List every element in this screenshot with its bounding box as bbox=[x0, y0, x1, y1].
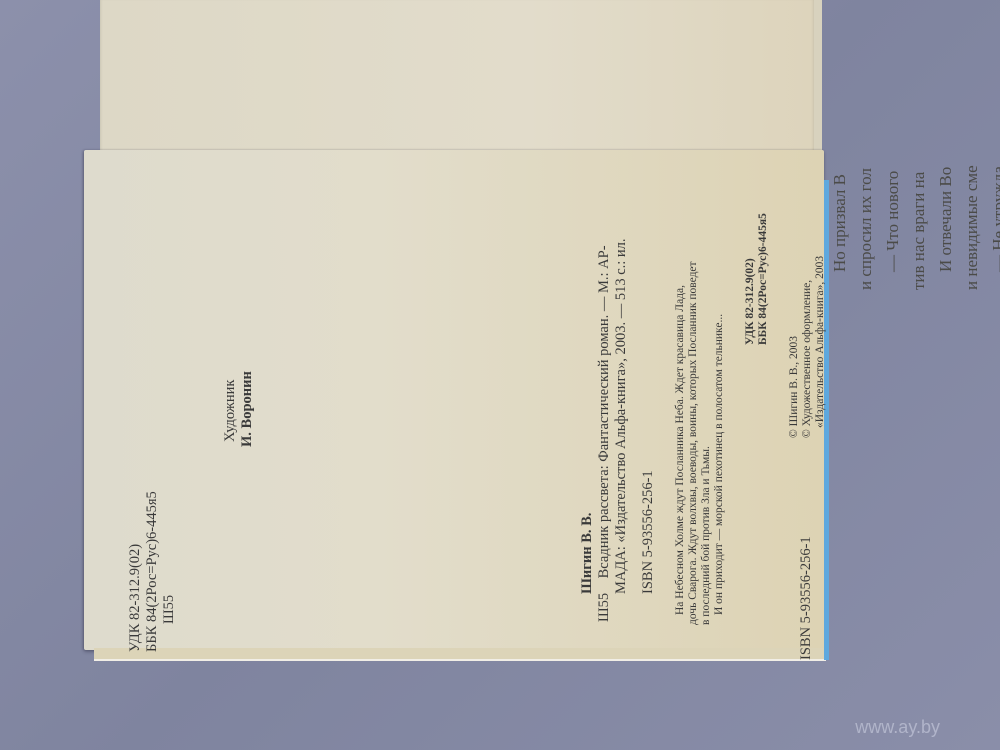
annotation-line: На Небесном Холме ждут Посланника Неба. … bbox=[674, 261, 687, 625]
bibliographic-record: Шигин В. В. Ш55 Всадник рассвета: Фантас… bbox=[579, 238, 657, 622]
artist-name: И. Воронин bbox=[239, 371, 256, 447]
annotation-line: дочь Сварога. Ждут волхвы, воеводы, воин… bbox=[687, 261, 700, 625]
isbn: ISBN 5-93556-256-1 bbox=[640, 238, 657, 622]
text-line: И отвечали Во bbox=[933, 0, 960, 290]
text-line: и невидимые сме bbox=[959, 0, 986, 290]
text-line: Но призвал В bbox=[827, 0, 854, 290]
author-mark: Ш55 bbox=[596, 593, 612, 622]
artist-label: Художник bbox=[222, 371, 239, 447]
text-line: — Не утружда bbox=[986, 0, 1000, 290]
annotation-line: в последний бой против Зла и Тьмы. bbox=[700, 261, 713, 625]
bbk-code-bold: ББК 84(2Рос=Рус)6-445я5 bbox=[757, 213, 770, 345]
isbn-bottom: ISBN 5-93556-256-1 bbox=[798, 536, 815, 660]
text-line: тив нас враги на bbox=[906, 0, 933, 290]
annotation: На Небесном Холме ждут Посланника Неба. … bbox=[674, 261, 726, 625]
watermark: www.ay.by bbox=[855, 717, 940, 738]
classification-bold: УДК 82-312.9(02) ББК 84(2Рос=Рус)6-445я5 bbox=[744, 213, 770, 345]
author-heading: Шигин В. В. bbox=[579, 238, 596, 622]
author-mark: Ш55 bbox=[161, 491, 178, 652]
udk-code-bold: УДК 82-312.9(02) bbox=[744, 213, 757, 345]
classification-block: УДК 82-312.9(02) ББК 84(2Рос=Рус)6-445я5… bbox=[127, 491, 178, 652]
text-line: и спросил их гол bbox=[853, 0, 880, 290]
title-line: Всадник рассвета: Фантастический роман. … bbox=[596, 245, 612, 578]
udk-code: УДК 82-312.9(02) bbox=[127, 491, 144, 652]
copyright-block: © Шигин В. В., 2003 © Художественное офо… bbox=[788, 256, 827, 438]
spacer bbox=[630, 238, 640, 622]
text-line: — Что нового bbox=[880, 0, 907, 290]
isbn-bottom-text: ISBN 5-93556-256-1 bbox=[798, 536, 815, 660]
copyright-design: © Художественное оформление, bbox=[801, 256, 814, 438]
bbk-code: ББК 84(2Рос=Рус)6-445я5 bbox=[144, 491, 161, 652]
annotation-line: И он приходит — морской пехотинец в поло… bbox=[713, 261, 726, 625]
artist-block: Художник И. Воронин bbox=[222, 371, 256, 447]
publisher-line: МАДА: «Издательство Альфа-книга», 2003. … bbox=[613, 238, 630, 622]
copyright-publisher: «Издательство Альфа-книга», 2003 bbox=[814, 256, 827, 438]
copyright-author: © Шигин В. В., 2003 bbox=[788, 256, 801, 438]
title-line-wrap: Ш55 Всадник рассвета: Фантастический ром… bbox=[596, 238, 613, 622]
